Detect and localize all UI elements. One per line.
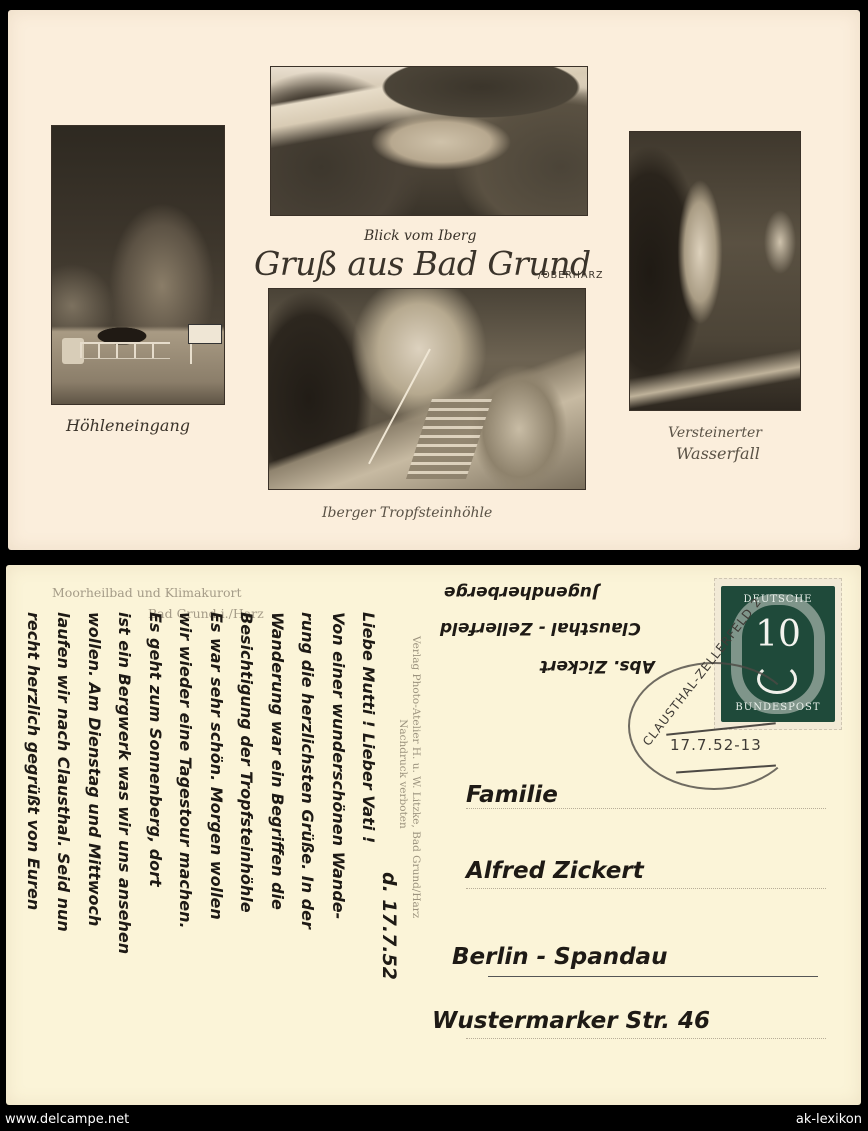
- watermark-right: ak-lexikon: [796, 1112, 862, 1127]
- caption-valley-view: Blick vom Iberg: [364, 228, 477, 244]
- photo-valley-view: [270, 66, 588, 216]
- stairs: [406, 399, 492, 479]
- publisher-line2: Nachdruck verboten: [396, 636, 409, 912]
- caption-cave-entrance: Höhleneingang: [66, 416, 190, 435]
- address-dotted-line-2: [466, 888, 826, 889]
- message-line: wir wieder eine Tagestour machen.: [176, 612, 195, 929]
- cave-sign: [188, 324, 222, 344]
- sender-line-1: Jugendherberge: [444, 582, 598, 602]
- message-line: Wanderung war ein Begriffen die: [268, 612, 287, 910]
- address-underline: [488, 976, 818, 977]
- publisher-line1: Verlag Photo-Atelier H. u. W. Litzke, Ba…: [409, 636, 422, 912]
- address-line4: Wustermarker Str. 46: [432, 1008, 710, 1034]
- photo-cave-entrance: [51, 125, 225, 405]
- region-label: /OBERHARZ: [538, 270, 604, 281]
- caption-dripstone-cave: Iberger Tropfsteinhöhle: [322, 505, 492, 521]
- address-dotted-line-3: [466, 1038, 826, 1039]
- postmark-date: 17.7.52-13: [670, 736, 762, 754]
- watermark-left: www.delcampe.net: [5, 1112, 129, 1127]
- address-line3: Berlin - Spandau: [452, 944, 667, 970]
- stamp-country-text: DEUTSCHE: [721, 594, 835, 605]
- message-line: Liebe Mutti ! Lieber Vati !: [359, 612, 378, 843]
- fence: [80, 342, 170, 359]
- address-line1: Familie: [466, 782, 558, 808]
- caption-waterfall-line2: Wasserfall: [676, 444, 760, 463]
- message-line: ist ein Bergwerk was wir uns ansehen: [115, 612, 134, 954]
- message-line: Besichtigung der Tropfsteinhöhle: [237, 612, 256, 913]
- message-line: Von einer wunderschönen Wande-: [329, 612, 348, 919]
- address-dotted-line-1: [466, 808, 826, 809]
- message-line: laufen wir nach Clausthal. Seid nun: [54, 612, 73, 932]
- message-line: Es geht zum Sonnenberg, dort: [146, 612, 165, 887]
- date-written: d. 17.7.52: [378, 872, 400, 980]
- message-line: wollen. Am Dienstag und Mittwoch: [85, 612, 104, 926]
- photo-petrified-waterfall: [629, 131, 801, 411]
- sign-post: [190, 342, 192, 364]
- message-line: rung die herzlichsten Grüße. In der: [298, 612, 317, 929]
- publisher-imprint: Verlag Photo-Atelier H. u. W. Litzke, Ba…: [396, 636, 422, 912]
- message-line: recht herzlich gegrüßt von Euren: [24, 612, 43, 910]
- sender-line-3: Abs. Zickert: [540, 656, 655, 676]
- message-line: Es war sehr schön. Morgen wollen: [207, 612, 226, 920]
- photo-dripstone-cave: [268, 288, 586, 490]
- address-line2: Alfred Zickert: [466, 858, 644, 884]
- printed-header-line1: Moorheilbad und Klimakurort: [52, 585, 242, 600]
- caption-waterfall-line1: Versteinerter: [668, 425, 762, 441]
- sender-line-2: Clausthal - Zellerfeld: [440, 618, 641, 638]
